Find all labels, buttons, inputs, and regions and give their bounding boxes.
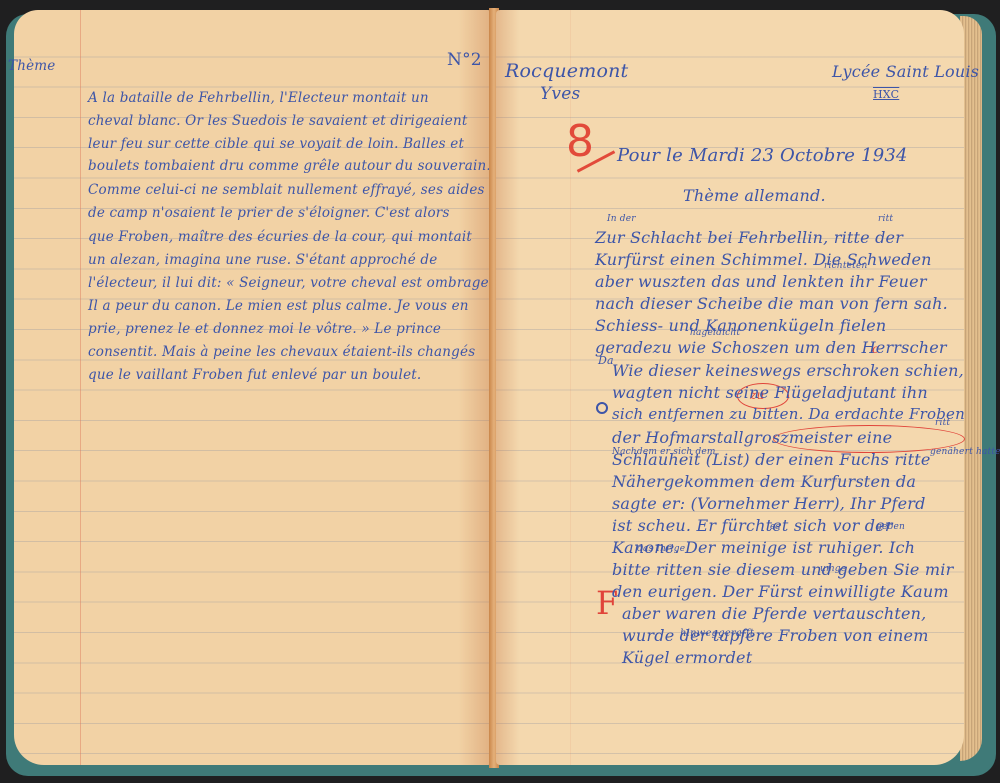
right-line-13: sagte er: (Vornehmer Herr), Ihr Pferd (612, 494, 926, 513)
right-line-10: der Hofmarstallgroszmeister eine (612, 428, 892, 447)
grade-mark: 8 (566, 116, 594, 167)
left-line-10: Il a peur du canon. Le mien est plus cal… (88, 298, 469, 314)
right-line-17: den eurigen. Der Fürst einwilligte Kaum (612, 582, 949, 601)
left-line-2: cheval blanc. Or les Suedois le savaient… (88, 113, 467, 129)
right-line-20: Kügel ermordet (622, 648, 752, 667)
left-line-11: prie, prenez le et donnez moi le vôtre. … (88, 321, 441, 337)
right-line-16: bitte ritten sie diesem und geben Sie mi… (612, 560, 953, 579)
right-line-14: ist scheu. Er fürchtet sich vor der (612, 516, 893, 535)
correction-in-der: In der (607, 214, 636, 224)
school-name: Lycée Saint Louis (832, 62, 979, 81)
left-line-6: de camp n'osaient le prier de s'éloigner… (88, 205, 450, 221)
left-line-12: consentit. Mais à peine les chevaux étai… (88, 344, 475, 360)
left-line-13: que le vaillant Froben fut enlevé par un… (88, 367, 421, 383)
class-name: HXC (873, 88, 899, 101)
right-line-11: Schlauheit (List) der einen Fuchs ritte (612, 450, 931, 469)
right-line-19: wurde der tapfere Froben von einem (622, 626, 929, 645)
right-line-4: nach dieser Scheibe die man von fern sah… (595, 294, 948, 313)
right-line-5: Schiess- und Kanonenkügeln fielen (595, 316, 886, 335)
right-line-3: aber wuszten das und lenkten ihr Feuer (595, 272, 927, 291)
left-line-9: l'électeur, il lui dit: « Seigneur, votr… (88, 275, 510, 291)
right-line-8: wagten nicht seine Flügeladjutant ihn (612, 383, 928, 402)
right-line-7: Wie dieser keineswegs erschroken schien, (612, 361, 964, 380)
right-line-18: aber waren die Pferde vertauschten, (622, 604, 926, 623)
correction-ritt: ritt (878, 214, 893, 224)
right-line-9: sich entfernen zu bitten. Da erdachte Fr… (612, 405, 965, 423)
left-line-1: A la bataille de Fehrbellin, l'Electeur … (88, 90, 429, 106)
right-line-12: Nähergekommen dem Kurfursten da (612, 472, 916, 491)
assignment-title: Thème allemand. (683, 186, 826, 205)
right-line-2: Kurfürst einen Schimmel. Die Schweden (595, 250, 932, 269)
correction-genahert: genähert hatte (930, 447, 1000, 457)
student-surname: Rocquemont (505, 60, 628, 82)
right-line-15: Kanone. Der meinige ist ruhiger. Ich (612, 538, 915, 557)
right-line-6: geradezu wie Schoszen um den Herrscher (595, 338, 947, 357)
margin-line (80, 10, 81, 765)
left-line-8: un alezan, imagina une ruse. S'étant app… (88, 252, 437, 268)
student-firstname: Yves (540, 84, 580, 104)
left-line-4: boulets tombaient dru comme grêle autour… (88, 158, 491, 174)
right-line-1: Zur Schlacht bei Fehrbellin, ritte der (595, 228, 903, 247)
left-line-3: leur feu sur cette cible qui se voyait d… (88, 136, 464, 152)
left-line-7: que Froben, maître des écuries de la cou… (88, 229, 472, 245)
left-page-header-theme: Thème (8, 58, 55, 74)
left-line-5: Comme celui-ci ne semblait nullement eff… (88, 182, 485, 198)
left-page-number: N°2 (447, 50, 482, 70)
bullet-mark (596, 402, 608, 414)
assignment-date: Pour le Mardi 23 Octobre 1934 (617, 145, 908, 166)
